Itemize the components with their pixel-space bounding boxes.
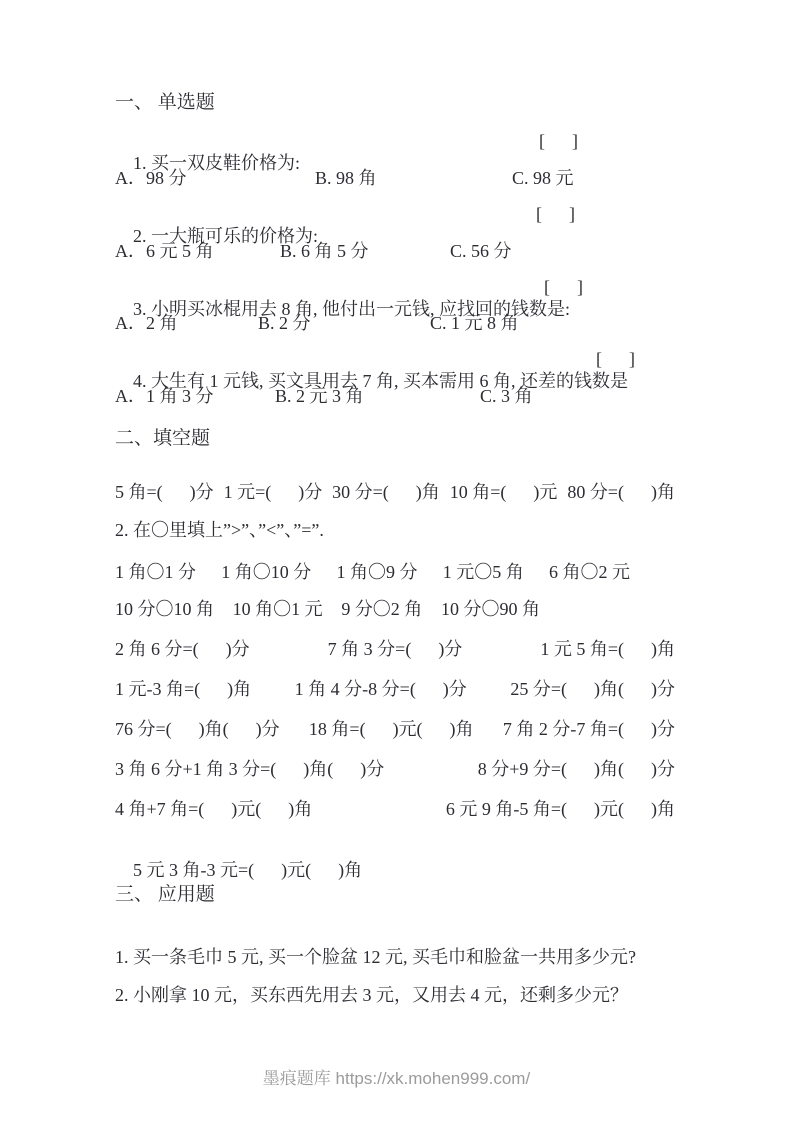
option-c: C. 3 角	[480, 385, 533, 407]
fill-item: 8 分+9 分=( )角( )分	[478, 758, 675, 780]
word-problem-1: 1. 买一条毛巾 5 元, 买一个脸盆 12 元, 买毛巾和脸盆一共用多少元?	[115, 946, 675, 968]
choice-options-4: A．1 角 3 分 B. 2 元 3 角 C. 3 角	[115, 385, 675, 407]
section3-title: 三、 应用题	[115, 884, 675, 906]
fill-row-units: 5 角=( )分 1 元=( )分 30 分=( )角 10 角=( )元 80…	[115, 481, 675, 503]
fill-item: 4 角+7 角=( )元( )角	[115, 798, 312, 820]
choice-options-3: A．2 角 B. 2 分 C. 1 元 8 角	[115, 312, 675, 334]
fill-item: 5 角=( )分	[115, 481, 214, 503]
fill-item: 6 元 9 角-5 角=( )元( )角	[446, 798, 675, 820]
answer-bracket: [ ]	[596, 348, 635, 370]
fill-item: 1 元=( )分	[224, 481, 323, 503]
compare-item: 10 分〇90 角	[441, 598, 540, 620]
compare-row-1: 1 角〇1 分 1 角〇10 分 1 角〇9 分 1 元〇5 角 6 角〇2 元	[115, 561, 630, 583]
compare-item: 10 分〇10 角	[115, 598, 214, 620]
fill-item: 25 分=( )角( )分	[510, 678, 675, 700]
convert-row-3: 76 分=( )角( )分 18 角=( )元( )角 7 角 2 分-7 角=…	[115, 718, 675, 740]
fill-item: 3 角 6 分+1 角 3 分=( )角( )分	[115, 758, 384, 780]
choice-options-2: A．6 元 5 角 B. 6 角 5 分 C. 56 分	[115, 240, 675, 262]
fill-item: 80 分=( )角	[567, 481, 675, 503]
option-c: C. 98 元	[512, 167, 574, 189]
fill-item: 18 角=( )元( )角	[309, 718, 474, 740]
footer-watermark: 墨痕题库 https://xk.mohen999.com/	[0, 1064, 793, 1089]
compare-row-2: 10 分〇10 角 10 角〇1 元 9 分〇2 角 10 分〇90 角	[115, 598, 540, 620]
convert-row-4: 3 角 6 分+1 角 3 分=( )角( )分 8 分+9 分=( )角( )…	[115, 758, 675, 780]
word-problem-2: 2. 小刚拿 10 元，买东西先用去 3 元，又用去 4 元，还剩多少元？	[115, 984, 675, 1006]
compare-item: 1 角〇10 分	[221, 561, 311, 583]
convert-row-5: 4 角+7 角=( )元( )角 6 元 9 角-5 角=( )元( )角	[115, 798, 675, 820]
compare-instruction: 2. 在〇里填上”>”、”<”、”=”.	[115, 519, 675, 541]
option-c: C. 56 分	[450, 240, 512, 262]
fill-item: 1 元-3 角=( )角	[115, 678, 251, 700]
compare-item: 1 角〇9 分	[337, 561, 418, 583]
fill-item: 30 分=( )角	[332, 481, 440, 503]
option-a: A．1 角 3 分	[115, 385, 275, 407]
compare-item: 1 元〇5 角	[443, 561, 524, 583]
option-b: B. 6 角 5 分	[280, 240, 450, 262]
compare-item: 9 分〇2 角	[341, 598, 422, 620]
fill-item: 7 角 3 分=( )分	[328, 638, 463, 660]
section1-title: 一、 单选题	[115, 92, 675, 114]
option-b: B. 98 角	[315, 167, 512, 189]
answer-bracket: [ ]	[536, 203, 575, 225]
option-b: B. 2 分	[258, 312, 430, 334]
option-a: A．98 分	[115, 167, 315, 189]
convert-row-2: 1 元-3 角=( )角 1 角 4 分-8 分=( )分 25 分=( )角(…	[115, 678, 675, 700]
fill-item: 2 角 6 分=( )分	[115, 638, 250, 660]
answer-bracket: [ ]	[544, 276, 583, 298]
fill-item: 7 角 2 分-7 角=( )分	[503, 718, 675, 740]
option-a: A．6 元 5 角	[115, 240, 280, 262]
fill-item: 1 元 5 角=( )角	[540, 638, 675, 660]
option-a: A．2 角	[115, 312, 258, 334]
compare-item: 1 角〇1 分	[115, 561, 196, 583]
answer-bracket: [ ]	[539, 130, 578, 152]
worksheet-page: 一、 单选题 1. 买一双皮鞋价格为: [ ] A．98 分 B. 98 角 C…	[0, 0, 793, 1122]
convert-row-1: 2 角 6 分=( )分 7 角 3 分=( )分 1 元 5 角=( )角	[115, 638, 675, 660]
section2-title: 二、填空题	[115, 428, 675, 450]
compare-item: 6 角〇2 元	[549, 561, 630, 583]
fill-item: 76 分=( )角( )分	[115, 718, 280, 740]
fill-item: 1 角 4 分-8 分=( )分	[295, 678, 467, 700]
option-b: B. 2 元 3 角	[275, 385, 480, 407]
option-c: C. 1 元 8 角	[430, 312, 519, 334]
fill-item: 10 角=( )元	[450, 481, 558, 503]
choice-options-1: A．98 分 B. 98 角 C. 98 元	[115, 167, 675, 189]
compare-item: 10 角〇1 元	[233, 598, 323, 620]
fill-item: 5 元 3 角-3 元=( )元( )角	[133, 860, 362, 880]
